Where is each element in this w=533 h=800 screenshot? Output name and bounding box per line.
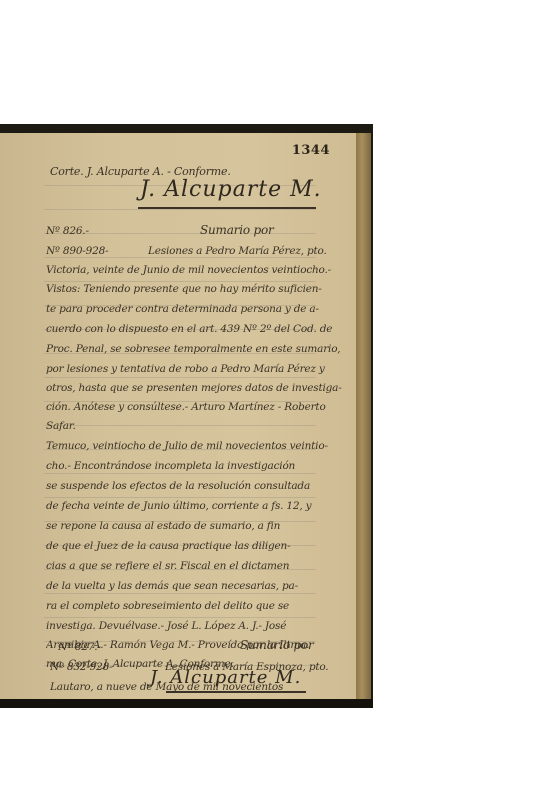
scanned-page: 1344 Corte. J. Alcuparte A. - Conforme. … xyxy=(0,124,373,708)
signature-underline xyxy=(138,207,316,209)
entry-line: otros, hasta que se presenten mejores da… xyxy=(46,382,346,394)
ruled-line xyxy=(44,209,316,210)
ruled-line xyxy=(44,377,316,378)
ruled-line xyxy=(44,473,316,474)
entry-line: cho.- Encontrándose incompleta la invest… xyxy=(46,460,346,472)
page-number: 1344 xyxy=(292,143,330,158)
entry-line: de fecha veinte de Junio último, corrien… xyxy=(46,500,346,512)
entry-line: Safar. xyxy=(46,420,346,432)
ruled-line xyxy=(44,593,316,594)
entry-line: Lesiones a Pedro María Pérez, pto. xyxy=(148,245,328,257)
entry-line: de que el Juez de la causa practique las… xyxy=(46,540,346,552)
entry-line: Vistos: Teniendo presente que no hay mér… xyxy=(46,283,346,295)
signature-underline xyxy=(166,691,306,693)
entry-line: cuerdo con lo dispuesto en el art. 439 N… xyxy=(46,323,346,335)
page-edge xyxy=(356,133,371,699)
entry-line: te para proceder contra determinada pers… xyxy=(46,303,346,315)
entry-line: ción. Anótese y consúltese.- Arturo Mart… xyxy=(46,401,346,413)
ruled-line xyxy=(44,257,316,258)
case-number: Nº 890-928- xyxy=(46,245,136,257)
entry-line: Aranibia A.- Ramón Vega M.- Proveído por… xyxy=(46,639,346,651)
entry-line: por lesiones y tentativa de robo a Pedro… xyxy=(46,363,346,375)
entry-line: de la vuelta y las demás que sean necesa… xyxy=(46,580,346,592)
header-signature: J. Alcuparte M. xyxy=(140,177,322,202)
ruled-line xyxy=(44,497,316,498)
entry-line: Temuco, veintiocho de Julio de mil novec… xyxy=(46,440,346,452)
ruled-line xyxy=(44,617,316,618)
entry-line: Victoria, veinte de Junio de mil novecie… xyxy=(46,264,346,276)
ledger-page: 1344 Corte. J. Alcuparte A. - Conforme. … xyxy=(0,133,356,699)
entry-line: se repone la causa al estado de sumario,… xyxy=(46,520,346,532)
entry-line: cias a que se refiere el sr. Fiscal en e… xyxy=(46,560,346,572)
entry-number: Nº 826.- xyxy=(46,225,126,237)
entry-line: ra el completo sobreseimiento del delito… xyxy=(46,600,346,612)
ruled-line xyxy=(44,281,316,282)
entry-title: Sumario por xyxy=(200,223,320,237)
entry-line: Proc. Penal, se sobresee temporalmente e… xyxy=(46,343,346,355)
entry-line: se suspende los efectos de la resolución… xyxy=(46,480,346,492)
scan-bottom-shadow xyxy=(0,699,373,708)
entry-line: investiga. Devuélvase.- José L. López A.… xyxy=(46,620,346,632)
entry-signature: J. Alcuparte M. xyxy=(150,667,301,688)
